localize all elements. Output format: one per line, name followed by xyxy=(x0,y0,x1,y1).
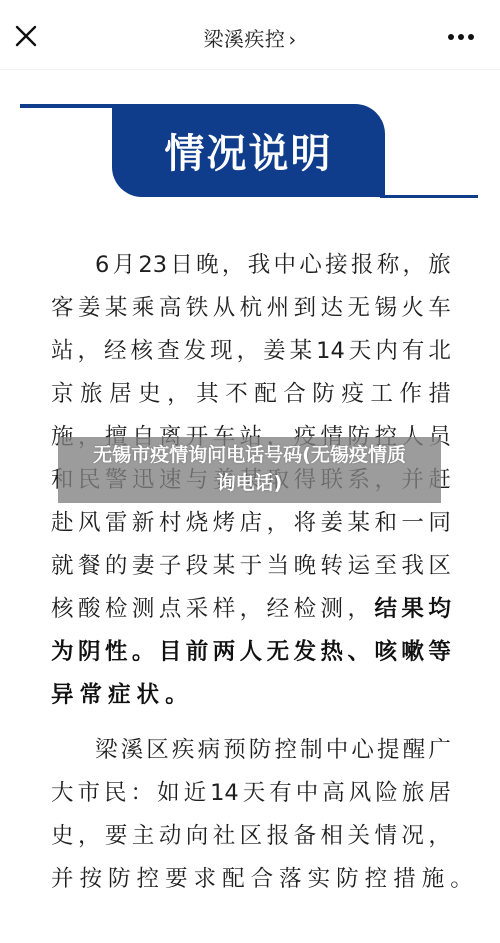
caption-line-2: 询电话) xyxy=(58,469,441,497)
article-line: 异常症状。 xyxy=(51,680,451,710)
caption-overlay-text: 无锡市疫情询问电话号码(无锡疫情质 询电话) xyxy=(58,441,441,497)
banner-rule-bottom xyxy=(380,195,478,198)
article-line: 大市民：如近14天有中高风险旅居 xyxy=(51,778,451,808)
article-line: 赴风雷新村烧烤店，将姜某和一同 xyxy=(51,508,451,538)
article-line: 核酸检测点采样，经检测，结果均 xyxy=(51,594,451,624)
article-line: 梁溪区疾病预防控制中心提醒广 xyxy=(95,735,451,765)
article-line: 6月23日晚，我中心接报称，旅 xyxy=(95,250,451,280)
banner-rule-top xyxy=(20,104,115,108)
article-line: 客姜某乘高铁从杭州到达无锡火车 xyxy=(51,293,451,323)
caption-line-1: 无锡市疫情询问电话号码(无锡疫情质 xyxy=(58,441,441,469)
article-line: 京旅居史，其不配合防疫工作措 xyxy=(51,379,451,409)
article-line: 为阴性。目前两人无发热、咳嗽等 xyxy=(51,637,451,667)
article-line: 并按防控要求配合落实防控措施。 xyxy=(51,864,451,894)
section-banner: 情况说明 xyxy=(0,0,500,210)
article-line: 就餐的妻子段某于当晚转运至我区 xyxy=(51,551,451,581)
banner-title: 情况说明 xyxy=(112,104,385,197)
article-line: 史，要主动向社区报备相关情况， xyxy=(51,821,451,851)
article-line: 站，经核查发现，姜某14天内有北 xyxy=(51,336,451,366)
